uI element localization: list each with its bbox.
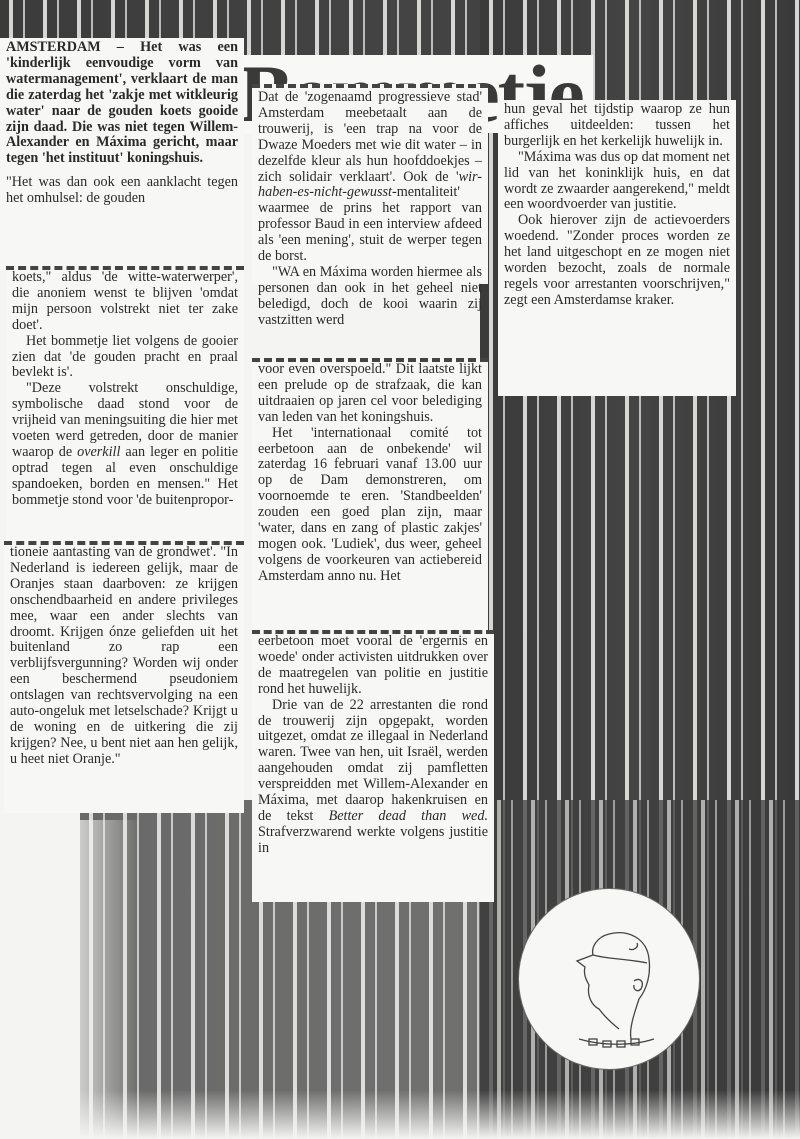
column-2-block-a: Dat de 'zogenaamd progressieve stad' Ams… [252, 84, 488, 284]
column-2-block-c: eerbetoon moet vooral de 'ergernis en wo… [252, 630, 494, 902]
paragraph: Ook hierover zijn de actievoerders woede… [504, 213, 730, 308]
column-2-block-b: voor even overspoeld." Dit laatste lijkt… [252, 358, 488, 630]
paragraph: "Het was dan ook een aanklacht tegen het… [6, 175, 238, 207]
portrait-icon [519, 889, 699, 1069]
paragraph: hun geval het tijdstip waarop ze hun aff… [504, 102, 730, 150]
paragraph: "Máxima was dus op dat moment net lid va… [504, 150, 730, 214]
paragraph: tioneie aantasting van de grondwet'. "In… [10, 545, 238, 768]
paragraph: "Deze volstrekt onschuldige, symbolische… [12, 381, 238, 508]
paragraph: eerbetoon moet vooral de 'ergernis en wo… [258, 634, 488, 698]
paragraph: Het 'internationaal comité tot eerbetoon… [258, 426, 482, 585]
paragraph: Dat de 'zogenaamd progressieve stad' Ams… [258, 90, 482, 265]
lead-paragraph: AMSTERDAM – Het was een 'kinderlijk eenv… [6, 40, 238, 167]
background-fade-bottom [80, 1090, 800, 1139]
column-1-block-b: koets," aldus 'de witte-waterwerper', di… [6, 266, 244, 542]
paragraph: Het bommetje liet volgens de gooier zien… [12, 334, 238, 382]
paragraph: koets," aldus 'de witte-waterwerper', di… [12, 270, 238, 334]
paragraph: Drie van de 22 arrestanten die rond de t… [258, 698, 488, 857]
paragraph: voor even overspoeld." Dit laatste lijkt… [258, 362, 482, 426]
column-1-block-c: tioneie aantasting van de grondwet'. "In… [4, 541, 244, 813]
column-3-block: hun geval het tijdstip waarop ze hun aff… [498, 100, 736, 396]
caricature-medallion [518, 888, 700, 1070]
paragraph: "WA en Máxima worden hiermee als persone… [258, 265, 482, 329]
column-1-block-a: AMSTERDAM – Het was een 'kinderlijk eenv… [0, 38, 244, 270]
